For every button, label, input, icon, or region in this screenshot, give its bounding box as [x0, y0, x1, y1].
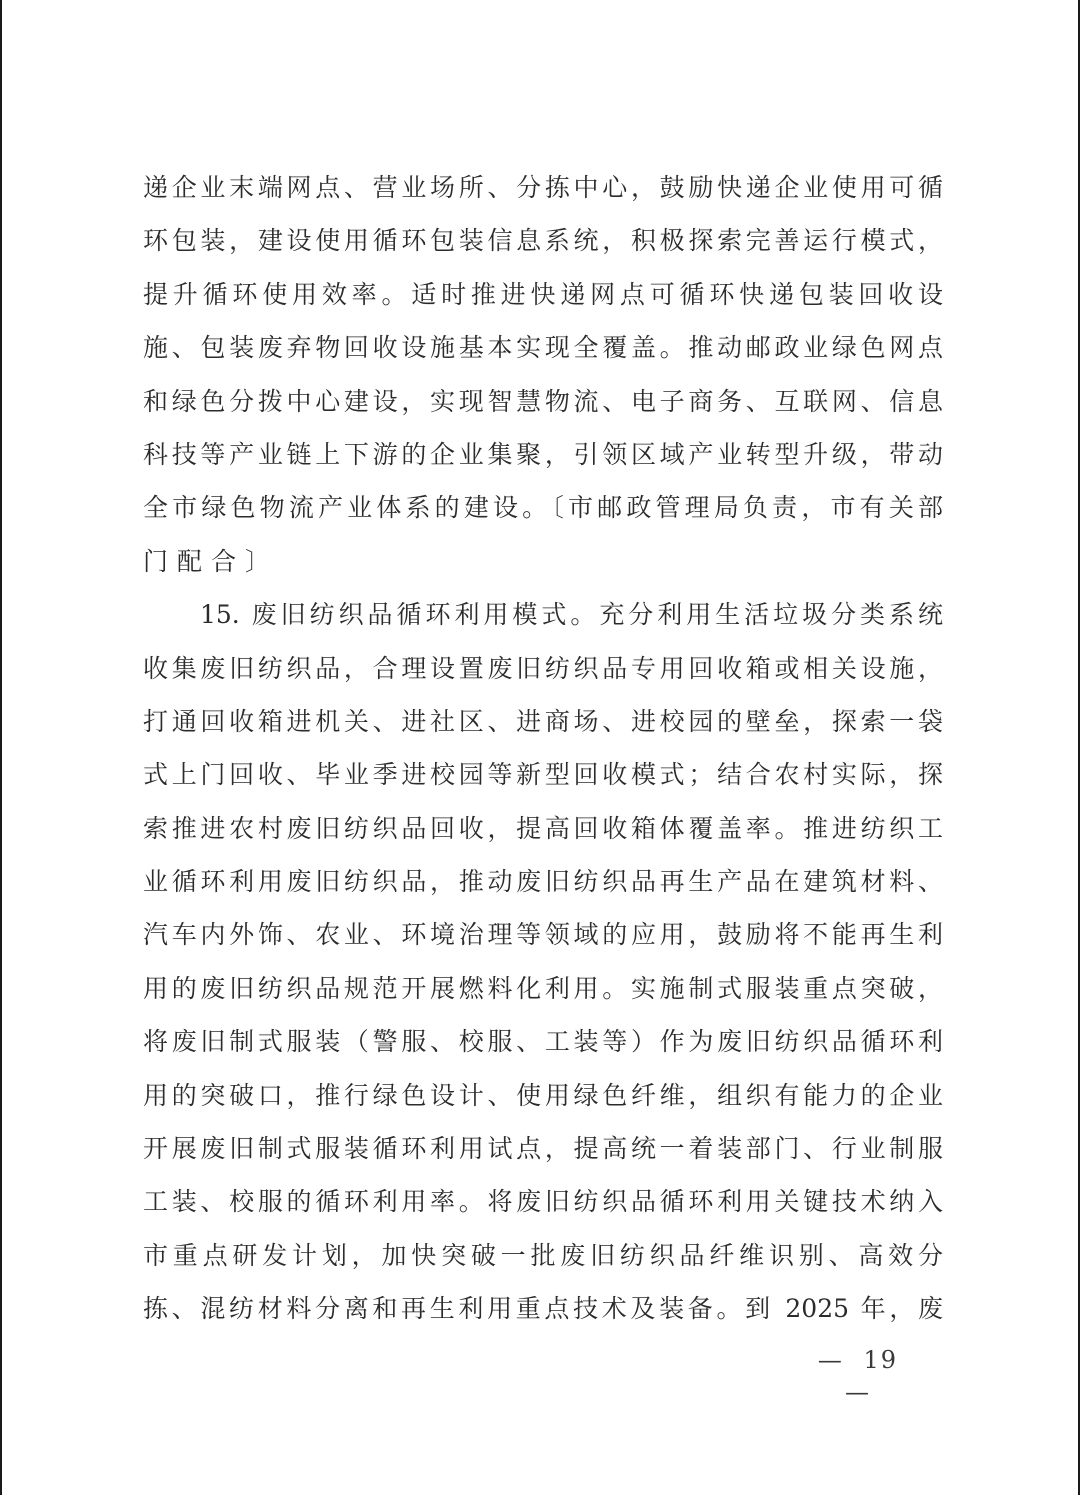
text-line: 收集废旧纺织品，合理设置废旧纺织品专用回收箱或相关设施， — [143, 642, 943, 695]
section-heading-line: 15. 废旧纺织品循环利用模式。充分利用生活垃圾分类系统 — [143, 588, 943, 641]
text-line: 式上门回收、毕业季进校园等新型回收模式；结合农村实际，探 — [143, 748, 943, 801]
paragraph-item-15: 15. 废旧纺织品循环利用模式。充分利用生活垃圾分类系统 收集废旧纺织品，合理设… — [143, 588, 943, 1335]
page-number: — 19 — — [796, 1344, 920, 1408]
text-line: 提升循环使用效率。适时推进快递网点可循环快递包装回收设 — [143, 268, 943, 321]
text-line: 科技等产业链上下游的企业集聚，引领区域产业转型升级，带动 — [143, 428, 943, 481]
paragraph-continuation: 递企业末端网点、营业场所、分拣中心，鼓励快递企业使用可循 环包装，建设使用循环包… — [143, 161, 943, 588]
text-line: 施、包装废弃物回收设施基本实现全覆盖。推动邮政业绿色网点 — [143, 321, 943, 374]
text-line: 用的突破口，推行绿色设计、使用绿色纤维，组织有能力的企业 — [143, 1069, 943, 1122]
text-line: 打通回收箱进机关、进社区、进商场、进校园的壁垒，探索一袋 — [143, 695, 943, 748]
text-line: 用的废旧纺织品规范开展燃料化利用。实施制式服装重点突破， — [143, 962, 943, 1015]
text-line: 递企业末端网点、营业场所、分拣中心，鼓励快递企业使用可循 — [143, 161, 943, 214]
text-line: 和绿色分拨中心建设，实现智慧物流、电子商务、互联网、信息 — [143, 375, 943, 428]
text-line: 环包装，建设使用循环包装信息系统，积极探索完善运行模式， — [143, 214, 943, 267]
document-body: 递企业末端网点、营业场所、分拣中心，鼓励快递企业使用可循 环包装，建设使用循环包… — [143, 161, 943, 1336]
text-line: 汽车内外饰、农业、环境治理等领域的应用，鼓励将不能再生利 — [143, 908, 943, 961]
text-line: 门配合〕 — [143, 535, 943, 588]
page-left-border — [0, 0, 2, 1495]
text-line: 业循环利用废旧纺织品，推动废旧纺织品再生产品在建筑材料、 — [143, 855, 943, 908]
text-line: 全市绿色物流产业体系的建设。〔市邮政管理局负责，市有关部 — [143, 481, 943, 534]
text-line: 将废旧制式服装（警服、校服、工装等）作为废旧纺织品循环利 — [143, 1015, 943, 1068]
text-line: 拣、混纺材料分离和再生利用重点技术及装备。到 2025 年，废 — [143, 1282, 943, 1335]
text-line: 开展废旧制式服装循环利用试点，提高统一着装部门、行业制服 — [143, 1122, 943, 1175]
document-page: 递企业末端网点、营业场所、分拣中心，鼓励快递企业使用可循 环包装，建设使用循环包… — [0, 0, 1080, 1495]
text-line: 索推进农村废旧纺织品回收，提高回收箱体覆盖率。推进纺织工 — [143, 802, 943, 855]
text-line: 市重点研发计划，加快突破一批废旧纺织品纤维识别、高效分 — [143, 1229, 943, 1282]
text-line: 工装、校服的循环利用率。将废旧纺织品循环利用关键技术纳入 — [143, 1175, 943, 1228]
